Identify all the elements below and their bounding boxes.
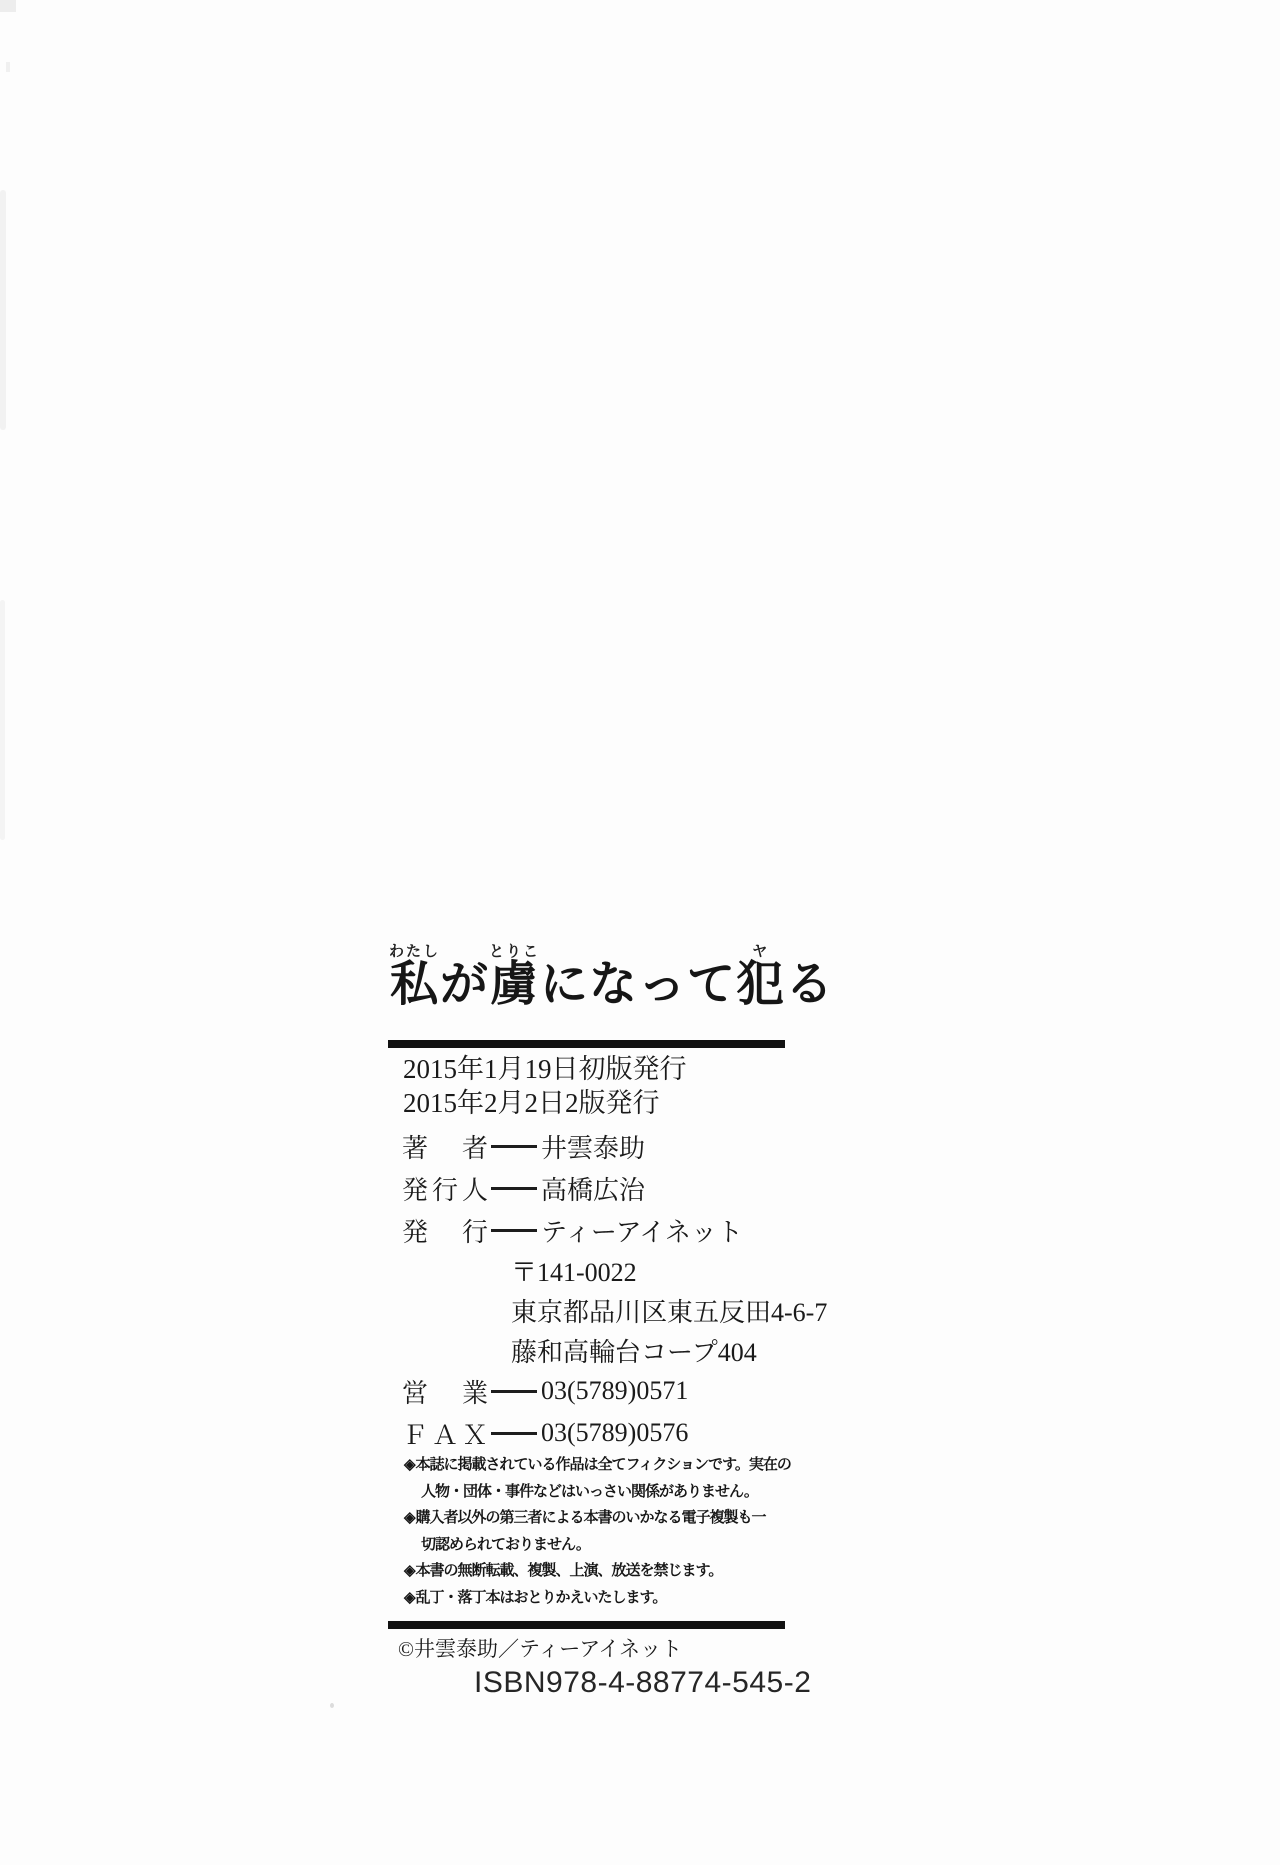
footer-divider-rule bbox=[388, 1621, 785, 1629]
contact-row-sales: 営 業 03(5789)0571 bbox=[402, 1370, 688, 1412]
address-line-2: 藤和高輪台コープ404 bbox=[511, 1333, 827, 1373]
title-base: 犯 bbox=[736, 958, 785, 1011]
title-base: が bbox=[440, 958, 489, 1011]
note-line: 切認められておりません。 bbox=[404, 1532, 791, 1559]
title-segment: が bbox=[440, 958, 489, 1011]
publisher-address: 〒141-0022 東京都品川区東五反田4-6-7 藤和高輪台コープ404 bbox=[511, 1253, 827, 1373]
dash-connector bbox=[491, 1187, 537, 1190]
title-base: になって bbox=[540, 958, 736, 1011]
note-text: 本書の無断転載、複製、上演、放送を禁じます。 bbox=[416, 1562, 723, 1579]
contact-label: ＦＡＸ bbox=[402, 1415, 488, 1452]
title-segment: 私わたし bbox=[389, 958, 440, 1011]
title-base: 私 bbox=[389, 958, 440, 1011]
credit-row-publisher-company: 発 行 ティーアイネット bbox=[402, 1209, 743, 1251]
copyright-line: ©井雲泰助／ティーアイネット bbox=[398, 1633, 682, 1663]
second-edition-date: 2015年2月2日2版発行 bbox=[403, 1086, 687, 1120]
title-segment: る bbox=[785, 958, 834, 1011]
title-furigana: わたし bbox=[389, 944, 440, 960]
note-line: 人物・団体・事件などはいっさい関係がありません。 bbox=[404, 1479, 791, 1506]
credit-label: 発行人 bbox=[402, 1170, 488, 1207]
contact-value: 03(5789)0576 bbox=[541, 1418, 688, 1448]
title-base: 虜 bbox=[489, 958, 540, 1011]
title-segment: になって bbox=[540, 958, 736, 1011]
title-furigana: とりこ bbox=[489, 944, 540, 960]
first-edition-date: 2015年1月19日初版発行 bbox=[403, 1052, 687, 1086]
diamond-bullet-icon: ◈ bbox=[404, 1509, 415, 1526]
dash-connector bbox=[491, 1145, 537, 1148]
note-line: ◈本誌に掲載されている作品は全てフィクションです。実在の bbox=[404, 1452, 791, 1479]
note-line: ◈本書の無断転載、複製、上演、放送を禁じます。 bbox=[404, 1558, 791, 1585]
title-base: る bbox=[785, 958, 834, 1011]
diamond-bullet-icon: ◈ bbox=[404, 1589, 415, 1606]
note-text: 乱丁・落丁本はおとりかえいたします。 bbox=[416, 1589, 667, 1606]
scan-artifact bbox=[6, 62, 10, 72]
contact-value: 03(5789)0571 bbox=[541, 1376, 688, 1406]
scan-artifact bbox=[330, 1703, 334, 1708]
dash-connector bbox=[491, 1390, 537, 1393]
title-furigana: ヤ bbox=[736, 944, 785, 960]
note-text: 本誌に掲載されている作品は全てフィクションです。実在の bbox=[416, 1456, 791, 1473]
scan-artifact bbox=[0, 600, 5, 840]
contact-label: 営 業 bbox=[402, 1373, 488, 1410]
credit-value: ティーアイネット bbox=[541, 1212, 743, 1249]
legal-notes: ◈本誌に掲載されている作品は全てフィクションです。実在の 人物・団体・事件などは… bbox=[404, 1452, 791, 1611]
scan-artifact bbox=[0, 0, 16, 12]
credit-row-author: 著 者 井雲泰助 bbox=[402, 1125, 743, 1167]
dash-connector bbox=[491, 1432, 537, 1435]
contact-list: 営 業 03(5789)0571 ＦＡＸ 03(5789)0576 bbox=[402, 1370, 688, 1454]
diamond-bullet-icon: ◈ bbox=[404, 1562, 415, 1579]
credit-value: 井雲泰助 bbox=[541, 1128, 645, 1165]
note-text: 人物・団体・事件などはいっさい関係がありません。 bbox=[421, 1483, 758, 1500]
credits-list: 著 者 井雲泰助 発行人 高橋広治 発 行 ティーアイネット bbox=[402, 1125, 743, 1251]
title-divider-rule bbox=[388, 1040, 785, 1048]
edition-dates: 2015年1月19日初版発行 2015年2月2日2版発行 bbox=[403, 1052, 687, 1120]
scan-artifact bbox=[0, 190, 6, 430]
credit-label: 著 者 bbox=[402, 1128, 488, 1165]
title-segment: 虜とりこ bbox=[489, 958, 540, 1011]
note-text: 切認められておりません。 bbox=[421, 1536, 590, 1553]
credit-label: 発 行 bbox=[402, 1212, 488, 1249]
diamond-bullet-icon: ◈ bbox=[404, 1456, 415, 1473]
postal-code: 〒141-0022 bbox=[511, 1253, 827, 1293]
note-text: 購入者以外の第三者による本書のいかなる電子複製も一 bbox=[416, 1509, 766, 1526]
note-line: ◈乱丁・落丁本はおとりかえいたします。 bbox=[404, 1585, 791, 1612]
book-title: 私わたしが虜とりこになって犯ヤる bbox=[389, 944, 834, 1014]
dash-connector bbox=[491, 1229, 537, 1232]
title-segment: 犯ヤ bbox=[736, 958, 785, 1011]
credit-row-publisher-person: 発行人 高橋広治 bbox=[402, 1167, 743, 1209]
note-line: ◈購入者以外の第三者による本書のいかなる電子複製も一 bbox=[404, 1505, 791, 1532]
contact-row-fax: ＦＡＸ 03(5789)0576 bbox=[402, 1412, 688, 1454]
isbn-number: ISBN978-4-88774-545-2 bbox=[474, 1666, 811, 1700]
colophon-page: 私わたしが虜とりこになって犯ヤる 2015年1月19日初版発行 2015年2月2… bbox=[0, 0, 1280, 1865]
address-line-1: 東京都品川区東五反田4-6-7 bbox=[511, 1293, 827, 1333]
credit-value: 高橋広治 bbox=[541, 1170, 645, 1207]
